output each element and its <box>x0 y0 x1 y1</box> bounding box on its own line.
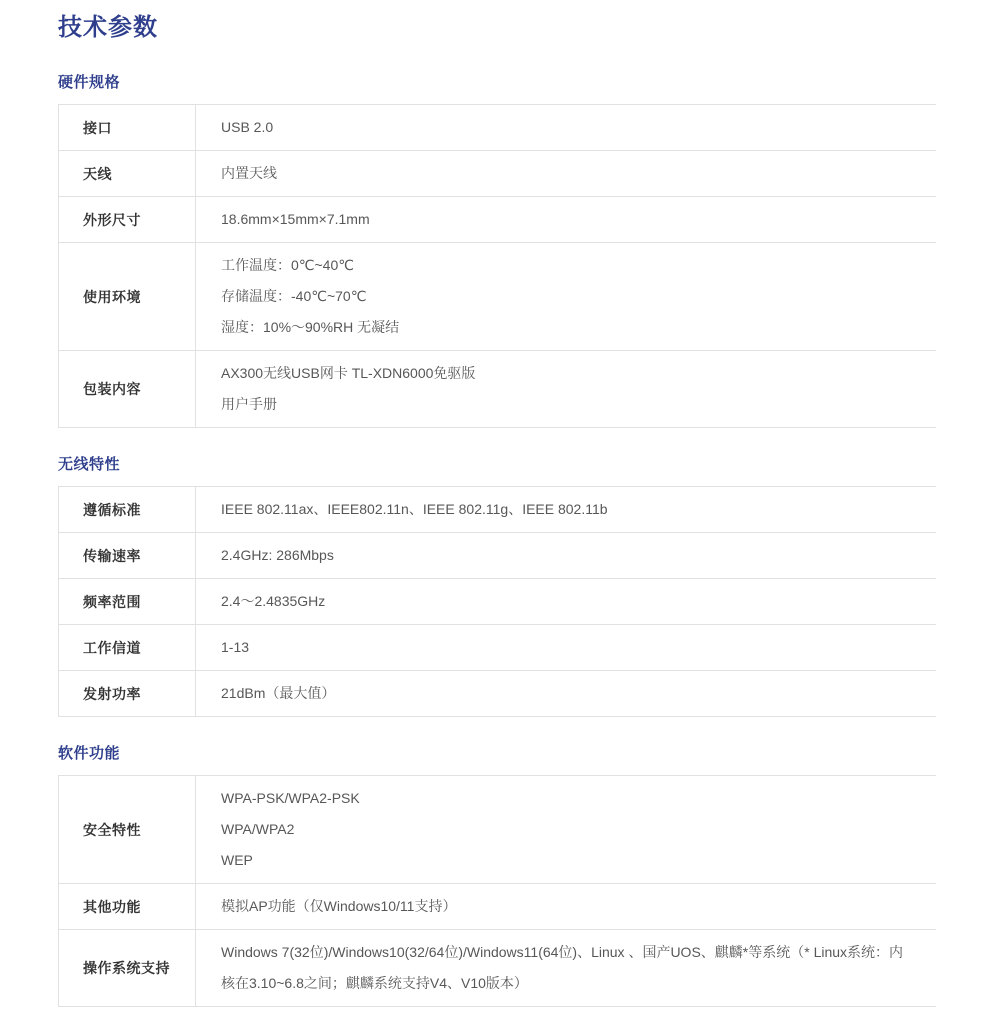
table-row: 发射功率21dBm（最大值） <box>59 671 936 717</box>
spec-value-line: AX300无线USB网卡 TL-XDN6000免驱版 <box>221 358 916 389</box>
table-row: 接口USB 2.0 <box>59 105 936 151</box>
spec-label: 频率范围 <box>59 579 196 624</box>
spec-value: 模拟AP功能（仅Windows10/11支持） <box>196 884 936 929</box>
spec-value-line: 18.6mm×15mm×7.1mm <box>221 204 916 235</box>
spec-label: 工作信道 <box>59 625 196 670</box>
spec-value-line: 2.4～2.4835GHz <box>221 586 916 617</box>
spec-table: 遵循标准IEEE 802.11ax、IEEE802.11n、IEEE 802.1… <box>58 486 936 717</box>
section-heading: 软件功能 <box>58 745 940 762</box>
spec-label: 发射功率 <box>59 671 196 716</box>
spec-value-line: WPA/WPA2 <box>221 814 916 845</box>
spec-value: WPA-PSK/WPA2-PSKWPA/WPA2WEP <box>196 776 936 883</box>
spec-value-line: 湿度：10%～90%RH 无凝结 <box>221 312 916 343</box>
spec-label: 外形尺寸 <box>59 197 196 242</box>
spec-value-line: 工作温度：0℃~40℃ <box>221 250 916 281</box>
spec-section: 无线特性遵循标准IEEE 802.11ax、IEEE802.11n、IEEE 8… <box>58 456 940 717</box>
spec-label: 天线 <box>59 151 196 196</box>
table-row: 遵循标准IEEE 802.11ax、IEEE802.11n、IEEE 802.1… <box>59 487 936 533</box>
spec-label: 操作系统支持 <box>59 930 196 1006</box>
table-row: 安全特性WPA-PSK/WPA2-PSKWPA/WPA2WEP <box>59 776 936 884</box>
spec-section: 硬件规格接口USB 2.0天线内置天线外形尺寸18.6mm×15mm×7.1mm… <box>58 74 940 428</box>
spec-value: 内置天线 <box>196 151 936 196</box>
spec-value-line: 2.4GHz: 286Mbps <box>221 540 916 571</box>
spec-value: 1-13 <box>196 625 936 670</box>
spec-value: 2.4～2.4835GHz <box>196 579 936 624</box>
spec-value: USB 2.0 <box>196 105 936 150</box>
section-heading: 硬件规格 <box>58 74 940 91</box>
spec-page: 技术参数 硬件规格接口USB 2.0天线内置天线外形尺寸18.6mm×15mm×… <box>0 0 1000 1027</box>
table-row: 天线内置天线 <box>59 151 936 197</box>
table-row: 频率范围2.4～2.4835GHz <box>59 579 936 625</box>
spec-value: IEEE 802.11ax、IEEE802.11n、IEEE 802.11g、I… <box>196 487 936 532</box>
page-title: 技术参数 <box>58 14 940 42</box>
spec-label: 包装内容 <box>59 351 196 427</box>
table-row: 操作系统支持Windows 7(32位)/Windows10(32/64位)/W… <box>59 930 936 1007</box>
spec-section: 软件功能安全特性WPA-PSK/WPA2-PSKWPA/WPA2WEP其他功能模… <box>58 745 940 1007</box>
table-row: 工作信道1-13 <box>59 625 936 671</box>
spec-label: 遵循标准 <box>59 487 196 532</box>
spec-value-line: USB 2.0 <box>221 112 916 143</box>
spec-value-line: 模拟AP功能（仅Windows10/11支持） <box>221 891 916 922</box>
spec-label: 安全特性 <box>59 776 196 883</box>
spec-value: 工作温度：0℃~40℃存储温度：-40℃~70℃湿度：10%～90%RH 无凝结 <box>196 243 936 350</box>
spec-value-line: WPA-PSK/WPA2-PSK <box>221 783 916 814</box>
spec-value: Windows 7(32位)/Windows10(32/64位)/Windows… <box>196 930 936 1006</box>
spec-label: 传输速率 <box>59 533 196 578</box>
spec-table: 接口USB 2.0天线内置天线外形尺寸18.6mm×15mm×7.1mm使用环境… <box>58 104 936 428</box>
spec-value-line: 存储温度：-40℃~70℃ <box>221 281 916 312</box>
spec-value-line: 用户手册 <box>221 389 916 420</box>
table-row: 外形尺寸18.6mm×15mm×7.1mm <box>59 197 936 243</box>
table-row: 使用环境工作温度：0℃~40℃存储温度：-40℃~70℃湿度：10%～90%RH… <box>59 243 936 351</box>
spec-value: AX300无线USB网卡 TL-XDN6000免驱版用户手册 <box>196 351 936 427</box>
spec-value-line: WEP <box>221 845 916 876</box>
spec-table: 安全特性WPA-PSK/WPA2-PSKWPA/WPA2WEP其他功能模拟AP功… <box>58 775 936 1007</box>
sections: 硬件规格接口USB 2.0天线内置天线外形尺寸18.6mm×15mm×7.1mm… <box>58 74 940 1007</box>
table-row: 传输速率2.4GHz: 286Mbps <box>59 533 936 579</box>
table-row: 包装内容AX300无线USB网卡 TL-XDN6000免驱版用户手册 <box>59 351 936 428</box>
spec-value-line: 内置天线 <box>221 158 916 189</box>
spec-value-line: 21dBm（最大值） <box>221 678 916 709</box>
spec-label: 使用环境 <box>59 243 196 350</box>
section-heading: 无线特性 <box>58 456 940 473</box>
table-row: 其他功能模拟AP功能（仅Windows10/11支持） <box>59 884 936 930</box>
spec-value-line: IEEE 802.11ax、IEEE802.11n、IEEE 802.11g、I… <box>221 494 916 525</box>
spec-label: 其他功能 <box>59 884 196 929</box>
spec-value: 2.4GHz: 286Mbps <box>196 533 936 578</box>
spec-value: 21dBm（最大值） <box>196 671 936 716</box>
spec-value-line: 1-13 <box>221 632 916 663</box>
spec-value: 18.6mm×15mm×7.1mm <box>196 197 936 242</box>
spec-value-line: Windows 7(32位)/Windows10(32/64位)/Windows… <box>221 937 916 999</box>
spec-label: 接口 <box>59 105 196 150</box>
